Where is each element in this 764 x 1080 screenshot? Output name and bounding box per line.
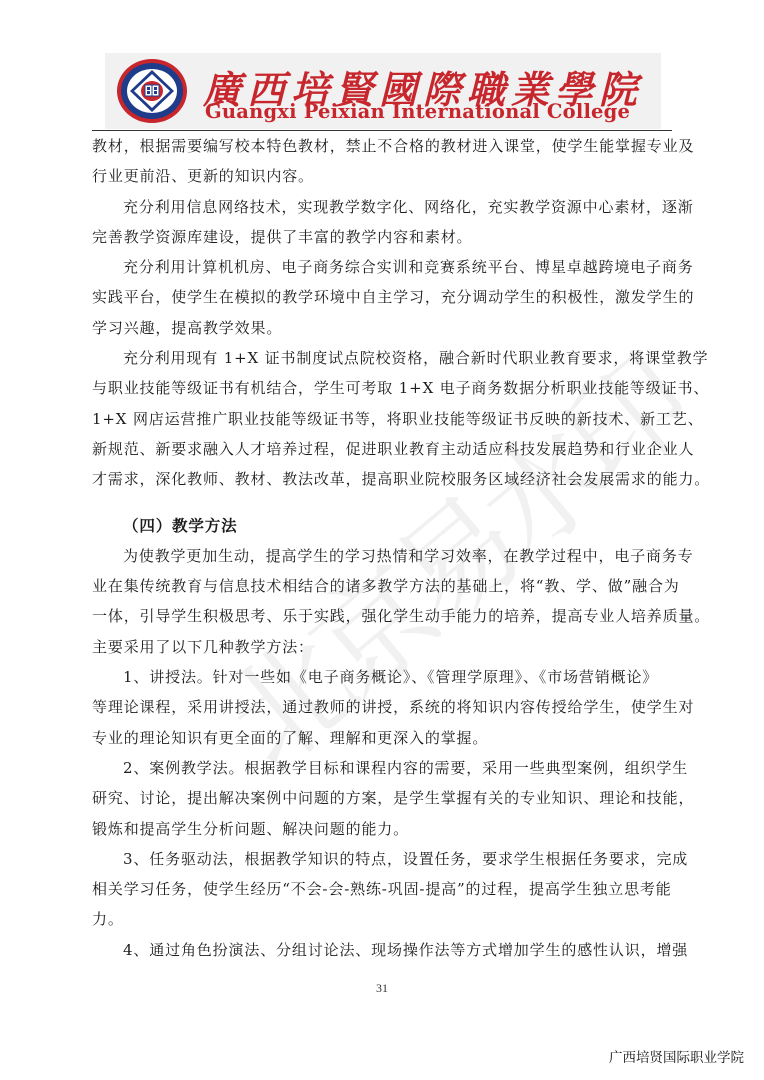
text-line: 力。: [92, 904, 674, 934]
document-page: 廣西培賢國際職業學院 Guangxi Peixian International…: [0, 0, 764, 1080]
text-line: 等理论课程，采用讲授法，通过教师的讲授，系统的将知识内容传授给学生，使学生对: [92, 692, 674, 722]
text-line: 充分利用现有 1+X 证书制度试点院校资格，融合新时代职业教育要求，将课堂教学: [92, 343, 674, 373]
section-gap: [92, 495, 674, 511]
text-line: 学习兴趣，提高教学效果。: [92, 313, 674, 343]
college-header-banner: 廣西培賢國際職業學院 Guangxi Peixian International…: [105, 53, 661, 129]
section-heading: （四）教学方法: [92, 511, 674, 541]
text-line: 实践平台，使学生在模拟的教学环境中自主学习，充分调动学生的积极性，激发学生的: [92, 282, 674, 312]
text-line: 主要采用了以下几种教学方法：: [92, 632, 674, 662]
list-item-role-play: 4、通过角色扮演法、分组讨论法、现场操作法等方式增加学生的感性认识，增强: [92, 935, 674, 965]
text-line: 一体，引导学生积极思考、乐于实践，强化学生动手能力的培养，提高专业人培养质量。: [92, 601, 674, 631]
list-item-case-study: 2、案例教学法。根据教学目标和课程内容的需要，采用一些典型案例，组织学生: [92, 753, 674, 783]
text-line: 教材，根据需要编写校本特色教材，禁止不合格的教材进入课堂，使学生能掌握专业及: [92, 131, 674, 161]
college-emblem-icon: [115, 57, 189, 125]
footer-college-name: 广西培贤国际职业学院: [609, 1046, 744, 1066]
text-line: 行业更前沿、更新的知识内容。: [92, 161, 674, 191]
text-line: 研究、讨论，提出解决案例中问题的方案，是学生掌握有关的专业知识、理论和技能，: [92, 783, 674, 813]
page-number: 31: [0, 981, 764, 996]
text-line: 专业的理论知识有更全面的了解、理解和更深入的掌握。: [92, 723, 674, 753]
text-line: 1+X 网店运营推广职业技能等级证书等，将职业技能等级证书反映的新技术、新工艺、: [92, 404, 674, 434]
text-line: 才需求，深化教师、教材、教法改革，提高职业院校服务区域经济社会发展需求的能力。: [92, 464, 674, 494]
document-body: 教材，根据需要编写校本特色教材，禁止不合格的教材进入课堂，使学生能掌握专业及 行…: [92, 131, 674, 965]
text-line: 新规范、新要求融入人才培养过程，促进职业教育主动适应科技发展趋势和行业企业人: [92, 434, 674, 464]
list-item-lecture: 1、讲授法。针对一些如《电子商务概论》、《管理学原理》、《市场营销概论》: [92, 662, 674, 692]
list-item-task-driven: 3、任务驱动法，根据教学知识的特点，设置任务，要求学生根据任务要求，完成: [92, 844, 674, 874]
text-line: 为使教学更加生动，提高学生的学习热情和学习效率，在教学过程中，电子商务专: [92, 541, 674, 571]
text-line: 完善教学资源库建设，提供了丰富的教学内容和素材。: [92, 222, 674, 252]
text-line: 充分利用计算机机房、电子商务综合实训和竞赛系统平台、博星卓越跨境电子商务: [92, 252, 674, 282]
college-name-english: Guangxi Peixian International College: [205, 100, 630, 123]
text-line: 相关学习任务，使学生经历“不会-会-熟练-巩固-提高”的过程，提高学生独立思考能: [92, 874, 674, 904]
text-line: 业在集传统教育与信息技术相结合的诸多教学方法的基础上，将“教、学、做”融合为: [92, 571, 674, 601]
text-line: 与职业技能等级证书有机结合，学生可考取 1+X 电子商务数据分析职业技能等级证书…: [92, 373, 674, 403]
text-line: 充分利用信息网络技术，实现教学数字化、网络化，充实教学资源中心素材，逐渐: [92, 192, 674, 222]
text-line: 锻炼和提高学生分析问题、解决问题的能力。: [92, 814, 674, 844]
